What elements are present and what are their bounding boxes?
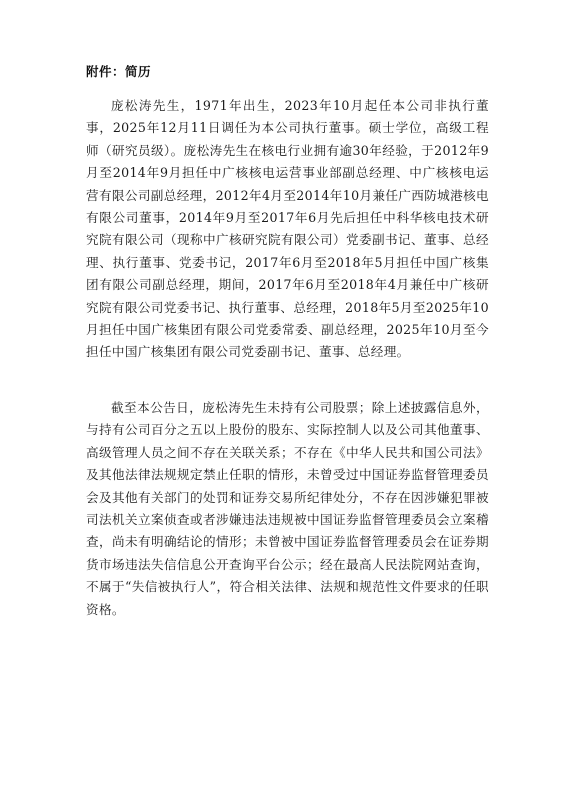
document-heading: 附件：简历 xyxy=(86,62,151,80)
biography-paragraph: 庞松涛先生，1971年出生，2023年10月起任本公司非执行董事，2025年12… xyxy=(86,95,489,364)
disclosure-paragraph: 截至本公告日，庞松涛先生未持有公司股票；除上述披露信息外，与持有公司百分之五以上… xyxy=(86,397,489,621)
